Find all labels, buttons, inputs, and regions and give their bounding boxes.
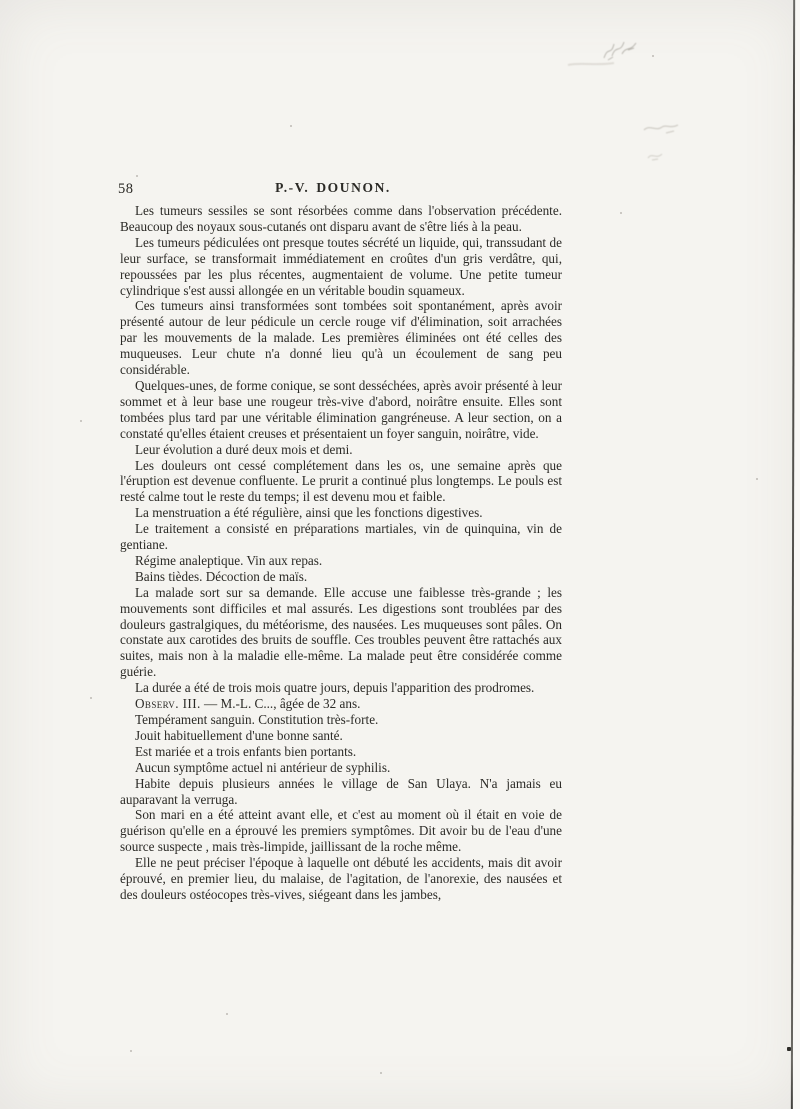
paragraph: Aucun symptôme actuel ni antérieur de sy…: [120, 760, 562, 776]
paragraph: Tempérament sanguin. Constitution très-f…: [120, 712, 562, 728]
paper-speck: [756, 478, 758, 480]
scanned-book-page: 58 P.-V. DOUNON. Les tumeurs sessiles se…: [0, 0, 800, 1109]
paper-speck: [90, 697, 92, 699]
paper-speck: [620, 212, 622, 214]
paper-speck: [226, 1013, 228, 1015]
paragraph: Leur évolution a duré deux mois et demi.: [120, 442, 562, 458]
paragraph: Observ. III. — M.-L. C..., âgée de 32 an…: [120, 696, 562, 712]
paragraph: Le traitement a consisté en préparations…: [120, 521, 562, 553]
scan-edge-dot: [787, 1047, 791, 1051]
paragraph: Habite depuis plusieurs années le villag…: [120, 776, 562, 808]
small-scratch-mark: [644, 146, 670, 164]
paragraph: Les tumeurs sessiles se sont résorbées c…: [120, 203, 562, 235]
paragraph: Les douleurs ont cessé complétement dans…: [120, 458, 562, 506]
paragraph: Est mariée et a trois enfants bien porta…: [120, 744, 562, 760]
paper-speck: [130, 1050, 132, 1052]
observation-label: Observ. III.: [135, 696, 201, 711]
paragraph: La durée a été de trois mois quatre jour…: [120, 680, 562, 696]
paragraph: Quelques-unes, de forme conique, se sont…: [120, 378, 562, 442]
paragraph: Régime analeptique. Vin aux repas.: [120, 553, 562, 569]
running-title: P.-V. DOUNON.: [120, 180, 546, 196]
paragraph: Jouit habituellement d'une bonne santé.: [120, 728, 562, 744]
paper-speck: [80, 420, 82, 422]
faint-swirl-mark: [640, 116, 686, 140]
paragraph: La malade sort sur sa demande. Elle accu…: [120, 585, 562, 680]
paper-speck: [136, 175, 138, 177]
page-header: 58 P.-V. DOUNON.: [120, 180, 562, 198]
paper-speck: [380, 1072, 382, 1074]
paragraph: Les tumeurs pédiculées ont presque toute…: [120, 235, 562, 299]
paragraph: Bains tièdes. Décoction de maïs.: [120, 569, 562, 585]
faint-streak-mark: [566, 58, 616, 70]
paragraph: Son mari en a été atteint avant elle, et…: [120, 807, 562, 855]
body-text-column: Les tumeurs sessiles se sont résorbées c…: [120, 203, 562, 903]
paragraph: Elle ne peut préciser l'époque à laquell…: [120, 855, 562, 903]
paragraph: La menstruation a été régulière, ainsi q…: [120, 505, 562, 521]
paper-speck: [652, 55, 654, 57]
paper-speck: [290, 125, 292, 127]
paragraph: Ces tumeurs ainsi transformées sont tomb…: [120, 298, 562, 378]
